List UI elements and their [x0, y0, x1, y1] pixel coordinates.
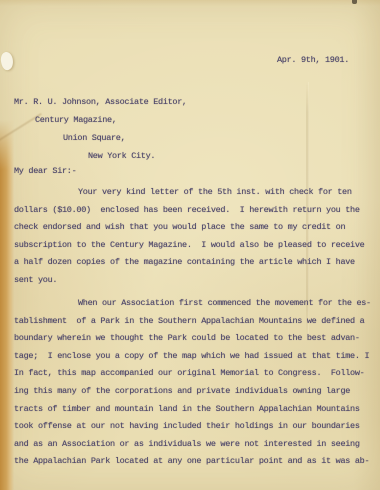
page-left-edge — [0, 0, 14, 490]
paragraph-2: When our Association first commenced the… — [14, 295, 371, 471]
letter-line: the Appalachian Park located at any one … — [14, 453, 371, 471]
letter-line: a half dozen copies of the magazine cont… — [14, 254, 364, 272]
letter-line: boundary wherein we thought the Park cou… — [14, 330, 371, 348]
date-line: Apr. 9th, 1901. — [277, 55, 349, 65]
address-line-organization: Century Magazine, — [14, 111, 187, 129]
letter-line: and as an Association or as individuals … — [14, 436, 371, 454]
letter-line: Your very kind letter of the 5th inst. w… — [14, 184, 364, 202]
letter-line: tage; I enclose you a copy of the map wh… — [14, 348, 371, 366]
letter-line: took offense at our not having included … — [14, 418, 371, 436]
letter-line: tablishment of a Park in the Southern Ap… — [14, 313, 371, 331]
address-line-street: Union Square, — [14, 129, 187, 147]
letter-line: In fact, this map accompanied our origin… — [14, 365, 371, 383]
letter-line: ing this many of the corporations and pr… — [14, 383, 371, 401]
address-block: Mr. R. U. Johnson, Associate Editor, Cen… — [14, 93, 187, 165]
address-line-city: New York City. — [14, 147, 187, 165]
letter-page: Apr. 9th, 1901. Mr. R. U. Johnson, Assoc… — [0, 0, 380, 490]
paper-speck — [352, 0, 357, 4]
letter-line: When our Association first commenced the… — [14, 295, 371, 313]
letter-line: subscription to the Century Magazine. I … — [14, 237, 364, 255]
letter-line: dollars ($10.00) enclosed has been recei… — [14, 202, 364, 220]
letter-line: tracts of timber and mountain land in th… — [14, 401, 371, 419]
address-line-recipient: Mr. R. U. Johnson, Associate Editor, — [14, 93, 187, 111]
letter-line: sent you. — [14, 272, 364, 290]
paragraph-1: Your very kind letter of the 5th inst. w… — [14, 184, 364, 290]
salutation: My dear Sir:- — [14, 166, 76, 176]
letter-line: check endorsed and wish that you would p… — [14, 219, 364, 237]
